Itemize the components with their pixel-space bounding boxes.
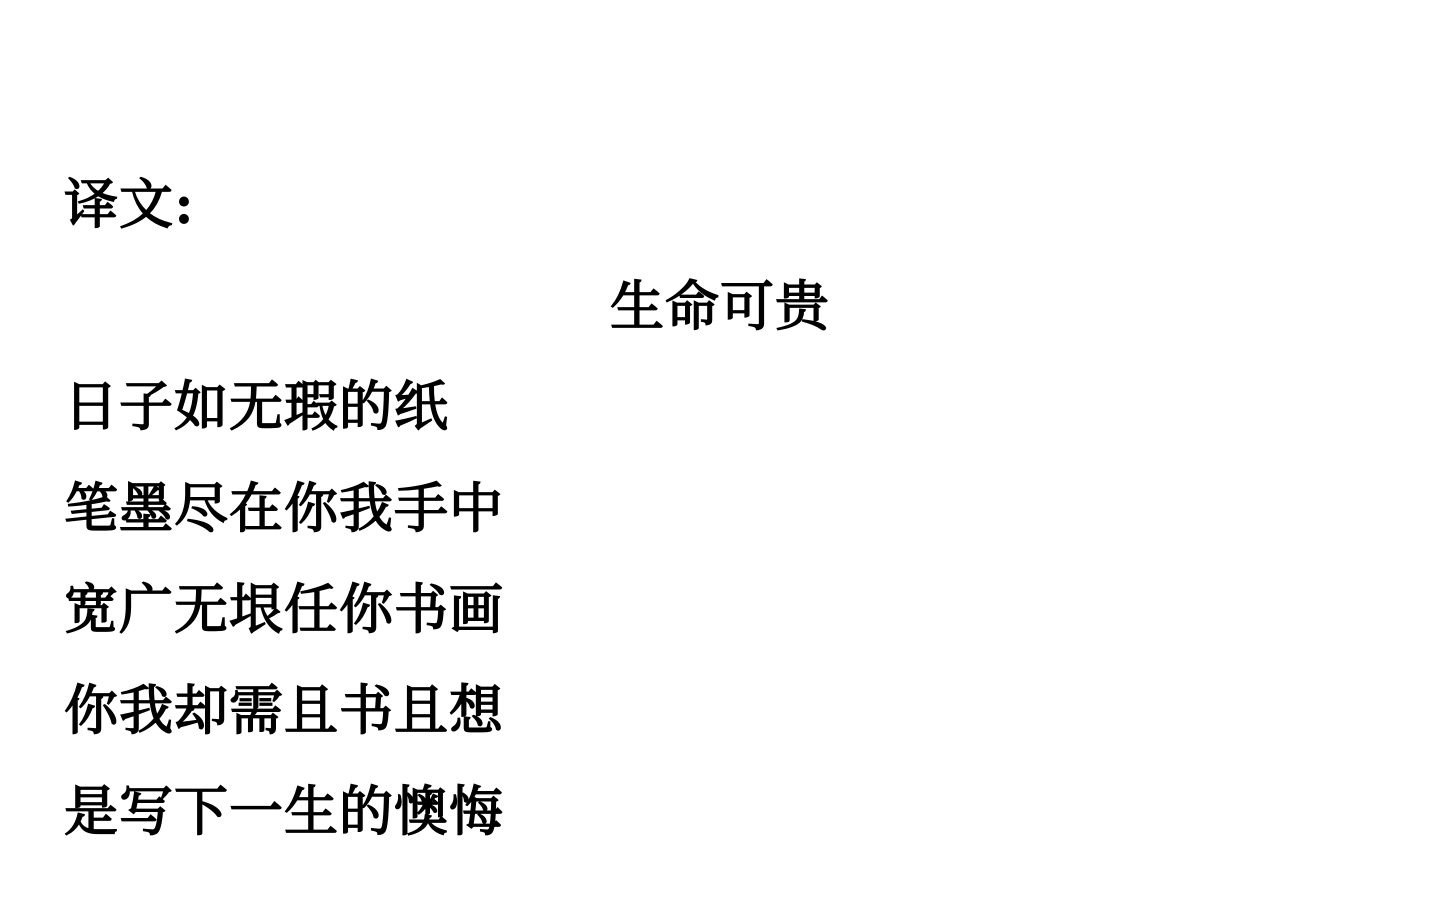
poem-line: 日子如无瑕的纸 bbox=[64, 374, 449, 438]
poem-line: 宽广无垠任你书画 bbox=[64, 577, 504, 641]
translation-label: 译文: bbox=[64, 172, 195, 236]
poem-title: 生命可贵 bbox=[0, 274, 1440, 338]
poem-line: 笔墨尽在你我手中 bbox=[64, 476, 504, 540]
poem-line: 是写下一生的懊悔 bbox=[64, 779, 504, 843]
poem-line: 你我却需且书且想 bbox=[64, 678, 504, 742]
